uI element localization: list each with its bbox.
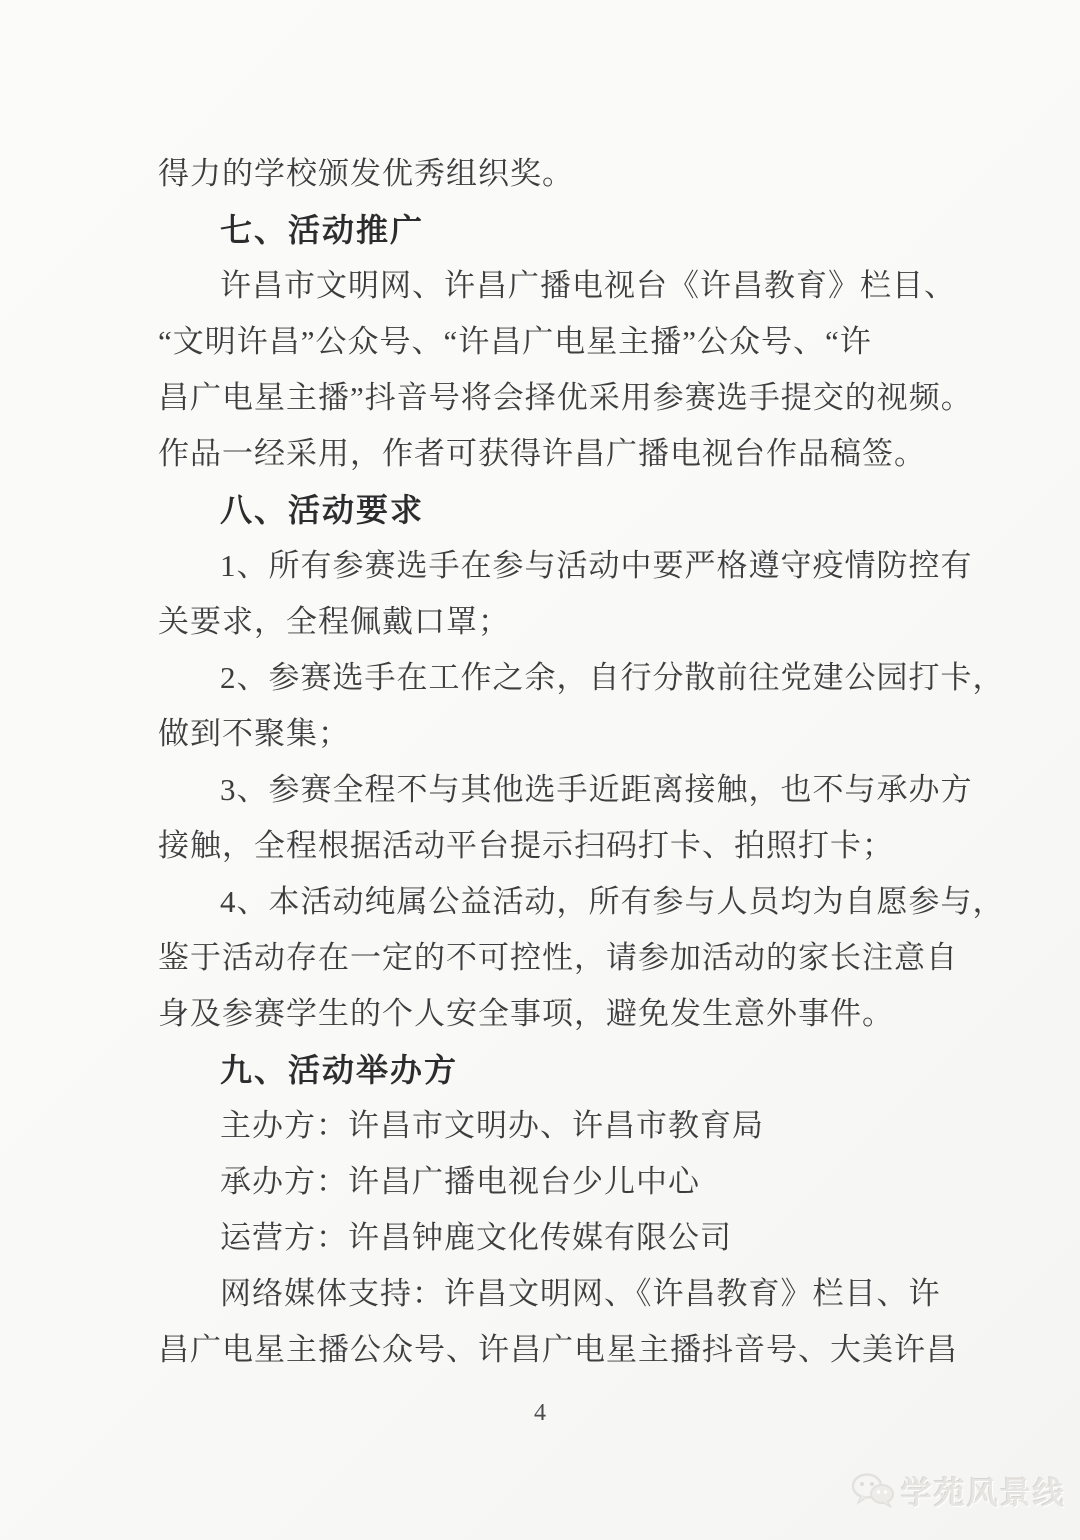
doc-line: 鉴于活动存在一定的不可控性，请参加活动的家长注意自 <box>158 930 952 986</box>
doc-line: 身及参赛学生的个人安全事项，避免发生意外事件。 <box>158 986 952 1042</box>
doc-line-operator: 运营方：许昌钟鹿文化传媒有限公司 <box>158 1210 952 1266</box>
section-heading-activity-promotion: 七、活动推广 <box>158 202 952 258</box>
section-heading-activity-organizers: 九、活动举办方 <box>158 1042 952 1098</box>
doc-line: 4、本活动纯属公益活动，所有参与人员均为自愿参与， <box>158 874 952 930</box>
doc-line: 做到不聚集； <box>158 706 952 762</box>
doc-line: “文明许昌”公众号、“许昌广电星主播”公众号、“许 <box>158 314 952 370</box>
watermark: 学苑风景线 <box>851 1468 1066 1513</box>
wechat-icon <box>851 1473 895 1509</box>
doc-line-media-support: 网络媒体支持：许昌文明网、《许昌教育》栏目、许 <box>158 1266 952 1322</box>
page-number: 4 <box>0 1400 1080 1427</box>
doc-line: 1、所有参赛选手在参与活动中要严格遵守疫情防控有 <box>158 538 952 594</box>
doc-line: 接触，全程根据活动平台提示扫码打卡、拍照打卡； <box>158 818 952 874</box>
document-page: 得力的学校颁发优秀组织奖。 七、活动推广 许昌市文明网、许昌广播电视台《许昌教育… <box>0 0 1080 1540</box>
doc-line-undertaker: 承办方：许昌广播电视台少儿中心 <box>158 1154 952 1210</box>
doc-line: 昌广电星主播”抖音号将会择优采用参赛选手提交的视频。 <box>158 370 952 426</box>
doc-line: 许昌市文明网、许昌广播电视台《许昌教育》栏目、 <box>158 258 952 314</box>
document-body: 得力的学校颁发优秀组织奖。 七、活动推广 许昌市文明网、许昌广播电视台《许昌教育… <box>158 146 952 1378</box>
section-heading-activity-requirements: 八、活动要求 <box>158 482 952 538</box>
doc-line: 3、参赛全程不与其他选手近距离接触，也不与承办方 <box>158 762 952 818</box>
doc-line: 关要求，全程佩戴口罩； <box>158 594 952 650</box>
doc-line: 2、参赛选手在工作之余，自行分散前往党建公园打卡， <box>158 650 952 706</box>
doc-line: 作品一经采用，作者可获得许昌广播电视台作品稿签。 <box>158 426 952 482</box>
doc-line: 昌广电星主播公众号、许昌广电星主播抖音号、大美许昌 <box>158 1322 952 1378</box>
watermark-label: 学苑风景线 <box>901 1468 1066 1513</box>
doc-line-host: 主办方：许昌市文明办、许昌市教育局 <box>158 1098 952 1154</box>
doc-line: 得力的学校颁发优秀组织奖。 <box>158 146 952 202</box>
